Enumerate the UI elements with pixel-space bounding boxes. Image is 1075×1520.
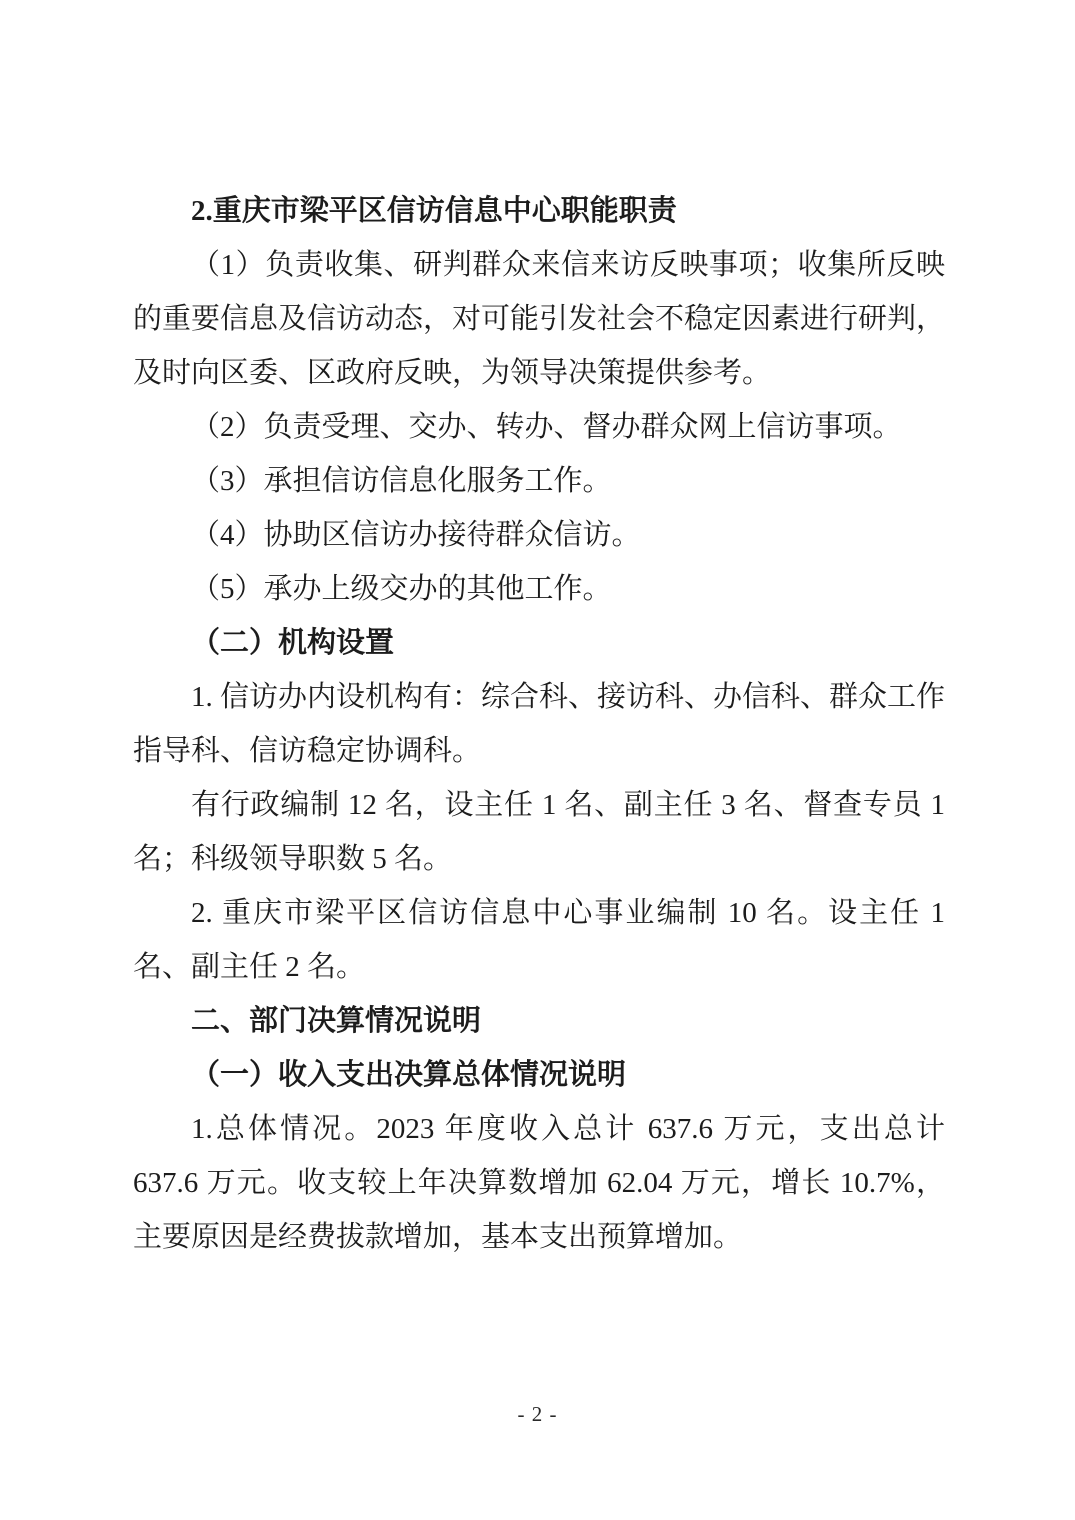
- paragraph-duty-1: （1）负责收集、研判群众来信来访反映事项；收集所反映的重要信息及信访动态，对可能…: [133, 238, 945, 400]
- paragraph-duty-2: （2）负责受理、交办、转办、督办群众网上信访事项。: [133, 400, 945, 454]
- page-number: - 2 -: [0, 1402, 1075, 1427]
- paragraph-duty-5: （5）承办上级交办的其他工作。: [133, 562, 945, 616]
- heading-final-accounts: 二、部门决算情况说明: [133, 994, 945, 1048]
- paragraph-duty-4: （4）协助区信访办接待群众信访。: [133, 508, 945, 562]
- heading-income-expense-overview: （一）收入支出决算总体情况说明: [133, 1048, 945, 1102]
- paragraph-duty-3: （3）承担信访信息化服务工作。: [133, 454, 945, 508]
- paragraph-admin-staffing: 有行政编制 12 名，设主任 1 名、副主任 3 名、督查专员 1 名；科级领导…: [133, 778, 945, 886]
- document-page: 2.重庆市梁平区信访信息中心职能职责 （1）负责收集、研判群众来信来访反映事项；…: [0, 0, 1075, 1520]
- paragraph-internal-orgs: 1. 信访办内设机构有：综合科、接访科、办信科、群众工作指导科、信访稳定协调科。: [133, 670, 945, 778]
- paragraph-center-staffing: 2. 重庆市梁平区信访信息中心事业编制 10 名。设主任 1 名、副主任 2 名…: [133, 886, 945, 994]
- heading-center-duties: 2.重庆市梁平区信访信息中心职能职责: [133, 184, 945, 238]
- heading-org-setup: （二）机构设置: [133, 616, 945, 670]
- document-body: 2.重庆市梁平区信访信息中心职能职责 （1）负责收集、研判群众来信来访反映事项；…: [133, 184, 945, 1264]
- paragraph-overall-situation: 1.总体情况。2023 年度收入总计 637.6 万元，支出总计 637.6 万…: [133, 1102, 945, 1264]
